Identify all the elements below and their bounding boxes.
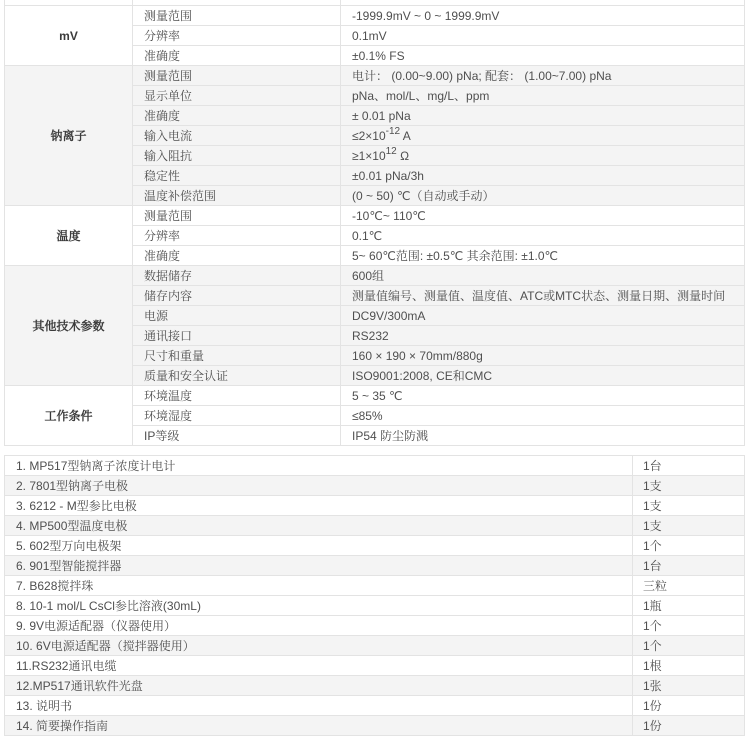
spec-value: ±0.1% FS	[341, 46, 745, 66]
list-item-qty: 1台	[633, 556, 745, 576]
spec-param: 尺寸和重量	[133, 346, 341, 366]
list-item-name: 6. 901型智能搅拌器	[5, 556, 633, 576]
list-item-name: 5. 602型万向电极架	[5, 536, 633, 556]
spec-value: 600组	[341, 266, 745, 286]
list-item: 1. MP517型钠离子浓度计电计 1台	[5, 456, 745, 476]
spec-param: 储存内容	[133, 286, 341, 306]
value-unit: A	[400, 129, 411, 143]
list-item-qty: 1份	[633, 716, 745, 736]
list-item: 9. 9V电源适配器（仪器使用） 1个	[5, 616, 745, 636]
packing-list-table: 1. MP517型钠离子浓度计电计 1台 2. 7801型钠离子电极 1支 3.…	[4, 455, 745, 736]
spec-value: ≤2×10-12 A	[341, 126, 745, 146]
spec-category: 温度	[5, 206, 133, 266]
spec-param: 准确度	[133, 46, 341, 66]
list-item: 7. B628搅拌珠 三粒	[5, 576, 745, 596]
list-item: 10. 6V电源适配器（搅拌器使用） 1个	[5, 636, 745, 656]
spec-category: mV	[5, 6, 133, 66]
list-item-name: 12.MP517通讯软件光盘	[5, 676, 633, 696]
spec-value: RS232	[341, 326, 745, 346]
list-item-name: 14. 简要操作指南	[5, 716, 633, 736]
list-item-name: 3. 6212 - M型参比电极	[5, 496, 633, 516]
table-row: 温度 测量范围 -10℃~ 110℃	[5, 206, 745, 226]
value-superscript: 12	[386, 146, 397, 157]
list-item-qty: 三粒	[633, 576, 745, 596]
list-item-qty: 1个	[633, 636, 745, 656]
list-item-name: 9. 9V电源适配器（仪器使用）	[5, 616, 633, 636]
list-item-name: 7. B628搅拌珠	[5, 576, 633, 596]
spec-value: 测量值编号、测量值、温度值、ATC或MTC状态、测量日期、测量时间	[341, 286, 745, 306]
list-item: 6. 901型智能搅拌器 1台	[5, 556, 745, 576]
spec-param: 稳定性	[133, 166, 341, 186]
value-base: ≤2×10	[352, 129, 386, 143]
list-item-name: 4. MP500型温度电极	[5, 516, 633, 536]
table-row: 其他技术参数 数据储存 600组	[5, 266, 745, 286]
list-item-qty: 1支	[633, 476, 745, 496]
spec-param: 温度补偿范围	[133, 186, 341, 206]
spec-param: 环境湿度	[133, 406, 341, 426]
spec-value: IP54 防尘防溅	[341, 426, 745, 446]
spec-value: 160 × 190 × 70mm/880g	[341, 346, 745, 366]
list-item-qty: 1根	[633, 656, 745, 676]
list-item: 5. 602型万向电极架 1个	[5, 536, 745, 556]
list-item-name: 13. 说明书	[5, 696, 633, 716]
list-item-qty: 1张	[633, 676, 745, 696]
spec-param: 环境温度	[133, 386, 341, 406]
spec-value: 5 ~ 35 ℃	[341, 386, 745, 406]
spec-value: ≥1×1012 Ω	[341, 146, 745, 166]
list-item-name: 10. 6V电源适配器（搅拌器使用）	[5, 636, 633, 656]
spec-param: 输入阻抗	[133, 146, 341, 166]
spec-param: 测量范围	[133, 6, 341, 26]
spec-category: 钠离子	[5, 66, 133, 206]
list-item-qty: 1个	[633, 616, 745, 636]
list-item-qty: 1份	[633, 696, 745, 716]
value-unit: Ω	[397, 149, 409, 163]
spec-category: 工作条件	[5, 386, 133, 446]
spec-value: ± 0.01 pNa	[341, 106, 745, 126]
value-superscript: -12	[386, 126, 400, 137]
list-item: 3. 6212 - M型参比电极 1支	[5, 496, 745, 516]
list-item: 12.MP517通讯软件光盘 1张	[5, 676, 745, 696]
list-item-qty: 1支	[633, 516, 745, 536]
spec-value: 0.1℃	[341, 226, 745, 246]
spec-param: 测量范围	[133, 206, 341, 226]
spec-param: 电源	[133, 306, 341, 326]
list-item: 13. 说明书 1份	[5, 696, 745, 716]
table-row: 钠离子 测量范围 电计： (0.00~9.00) pNa; 配套： (1.00~…	[5, 66, 745, 86]
list-item: 8. 10-1 mol/L CsCl参比溶液(30mL) 1瓶	[5, 596, 745, 616]
spec-param: 准确度	[133, 246, 341, 266]
spec-value: ±0.01 pNa/3h	[341, 166, 745, 186]
spec-value: 电计： (0.00~9.00) pNa; 配套： (1.00~7.00) pNa	[341, 66, 745, 86]
spec-param: 输入电流	[133, 126, 341, 146]
spec-value: -10℃~ 110℃	[341, 206, 745, 226]
spec-table: mV 测量范围 -1999.9mV ~ 0 ~ 1999.9mV 分辨率 0.1…	[4, 0, 745, 446]
list-item-qty: 1瓶	[633, 596, 745, 616]
spec-param: 测量范围	[133, 66, 341, 86]
spec-value: 0.1mV	[341, 26, 745, 46]
spec-param: 准确度	[133, 106, 341, 126]
table-row: mV 测量范围 -1999.9mV ~ 0 ~ 1999.9mV	[5, 6, 745, 26]
list-item-qty: 1台	[633, 456, 745, 476]
spec-value: pNa、mol/L、mg/L、ppm	[341, 86, 745, 106]
list-item-name: 11.RS232通讯电缆	[5, 656, 633, 676]
spec-value: 5~ 60℃范围: ±0.5℃ 其余范围: ±1.0℃	[341, 246, 745, 266]
spec-param: 数据储存	[133, 266, 341, 286]
spec-param: IP等级	[133, 426, 341, 446]
spec-param: 分辨率	[133, 26, 341, 46]
table-row: 工作条件 环境温度 5 ~ 35 ℃	[5, 386, 745, 406]
list-item-qty: 1支	[633, 496, 745, 516]
value-base: ≥1×10	[352, 149, 386, 163]
spec-param: 质量和安全认证	[133, 366, 341, 386]
spec-value: ≤85%	[341, 406, 745, 426]
list-item: 14. 简要操作指南 1份	[5, 716, 745, 736]
list-item-name: 1. MP517型钠离子浓度计电计	[5, 456, 633, 476]
spec-value: ISO9001:2008, CE和CMC	[341, 366, 745, 386]
list-item: 4. MP500型温度电极 1支	[5, 516, 745, 536]
list-item-qty: 1个	[633, 536, 745, 556]
list-item: 11.RS232通讯电缆 1根	[5, 656, 745, 676]
list-item: 2. 7801型钠离子电极 1支	[5, 476, 745, 496]
spec-value: -1999.9mV ~ 0 ~ 1999.9mV	[341, 6, 745, 26]
list-item-name: 2. 7801型钠离子电极	[5, 476, 633, 496]
spec-category: 其他技术参数	[5, 266, 133, 386]
spec-param: 显示单位	[133, 86, 341, 106]
list-item-name: 8. 10-1 mol/L CsCl参比溶液(30mL)	[5, 596, 633, 616]
spec-param: 通讯接口	[133, 326, 341, 346]
spec-value: DC9V/300mA	[341, 306, 745, 326]
spec-value: (0 ~ 50) ℃（自动或手动）	[341, 186, 745, 206]
spec-param: 分辨率	[133, 226, 341, 246]
